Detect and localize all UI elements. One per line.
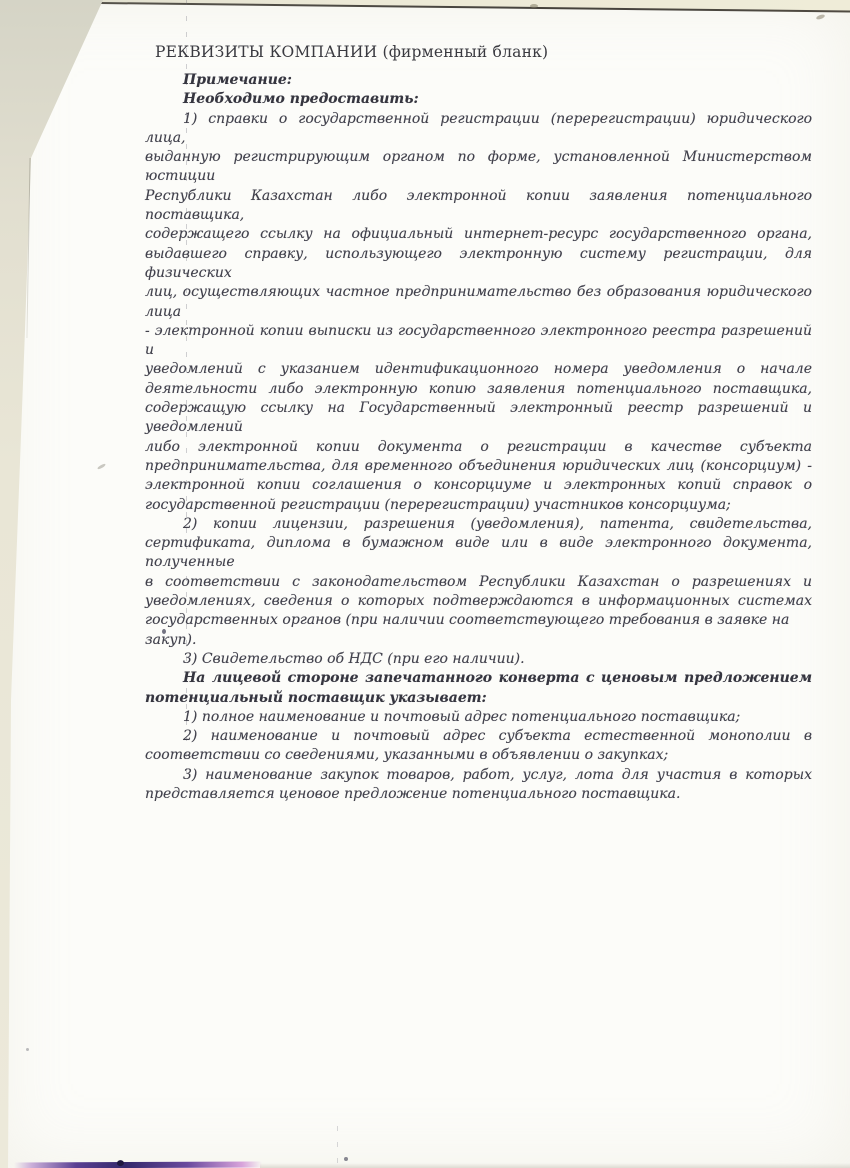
text-line: электронной копии соглашения о консорциу…: [145, 476, 812, 495]
text-line: представляется ценовое предложение потен…: [145, 785, 812, 804]
envelope-item-1: 1) полное наименование и почтовый адрес …: [145, 708, 812, 727]
text-line: государственных органов (при наличии соо…: [145, 611, 812, 650]
scan-left-edge: [0, 0, 110, 1168]
text-line: в соответствии с законодательством Респу…: [145, 573, 812, 592]
item-3-vat: 3) Свидетельство об НДС (при его наличии…: [145, 650, 812, 669]
text-line: 1) полное наименование и почтовый адрес …: [145, 708, 812, 727]
text-line: содержащего ссылку на официальный интерн…: [145, 225, 812, 244]
text-line: предпринимательства, для временного объе…: [145, 457, 812, 476]
text-line: 3) наименование закупок товаров, работ, …: [145, 766, 812, 785]
text-line: уведомлениях, сведения о которых подтвер…: [145, 592, 812, 611]
text-line: уведомлений с указанием идентификационно…: [145, 360, 812, 379]
scan-speck: [162, 629, 166, 634]
scan-speck: [97, 463, 106, 470]
text-line: деятельности либо электронную копию заяв…: [145, 380, 812, 399]
document-title: РЕКВИЗИТЫ КОМПАНИИ (фирменный бланк): [145, 42, 812, 62]
envelope-item-3: 3) наименование закупок товаров, работ, …: [145, 766, 812, 805]
ink-dot: [117, 1160, 124, 1166]
scan-bottom-shadow: [260, 1163, 850, 1168]
scan-bottom-artifact: [14, 1161, 262, 1168]
text-line: 2) копии лицензии, разрешения (уведомлен…: [145, 515, 812, 534]
provide-heading: Необходимо предоставить:: [145, 90, 812, 109]
text-line: либо электронной копии документа о регис…: [145, 438, 812, 457]
text-line: лиц, осуществляющих частное предпринимат…: [145, 283, 812, 322]
text-line: Примечание:: [145, 71, 812, 90]
scan-speck: [816, 14, 826, 21]
text-line: соответствии со сведениями, указанными в…: [145, 746, 812, 765]
note-heading: Примечание:: [145, 71, 812, 90]
scanned-page: РЕКВИЗИТЫ КОМПАНИИ (фирменный бланк)Прим…: [0, 0, 850, 1168]
text-line: потенциальный поставщик указывает:: [145, 689, 812, 708]
envelope-item-2: 2) наименование и почтовый адрес субъект…: [145, 727, 812, 766]
text-line: На лицевой стороне запечатанного конверт…: [145, 669, 812, 688]
text-line: Необходимо предоставить:: [145, 90, 812, 109]
item-1-registration: 1) справки о государственной регистрации…: [145, 110, 812, 515]
text-line: РЕКВИЗИТЫ КОМПАНИИ (фирменный бланк): [155, 42, 812, 62]
text-line: государственной регистрации (перерегистр…: [145, 496, 812, 515]
paper-crease: [337, 1126, 338, 1168]
text-line: Республики Казахстан либо электронной ко…: [145, 187, 812, 226]
text-line: выдавшего справку, использующего электро…: [145, 245, 812, 284]
envelope-heading: На лицевой стороне запечатанного конверт…: [145, 669, 812, 708]
scan-speck: [344, 1157, 348, 1161]
text-line: содержащую ссылку на Государственный эле…: [145, 399, 812, 438]
text-line: - электронной копии выписки из государст…: [145, 322, 812, 361]
text-line: выданную регистрирующим органом по форме…: [145, 148, 812, 187]
text-line: 1) справки о государственной регистрации…: [145, 110, 812, 149]
document-text: РЕКВИЗИТЫ КОМПАНИИ (фирменный бланк)Прим…: [145, 42, 812, 804]
scan-speck: [26, 1048, 29, 1051]
text-line: сертификата, диплома в бумажном виде или…: [145, 534, 812, 573]
item-2-licenses: 2) копии лицензии, разрешения (уведомлен…: [145, 515, 812, 650]
text-line: 3) Свидетельство об НДС (при его наличии…: [145, 650, 812, 669]
text-line: 2) наименование и почтовый адрес субъект…: [145, 727, 812, 746]
scan-speck: [530, 4, 538, 8]
